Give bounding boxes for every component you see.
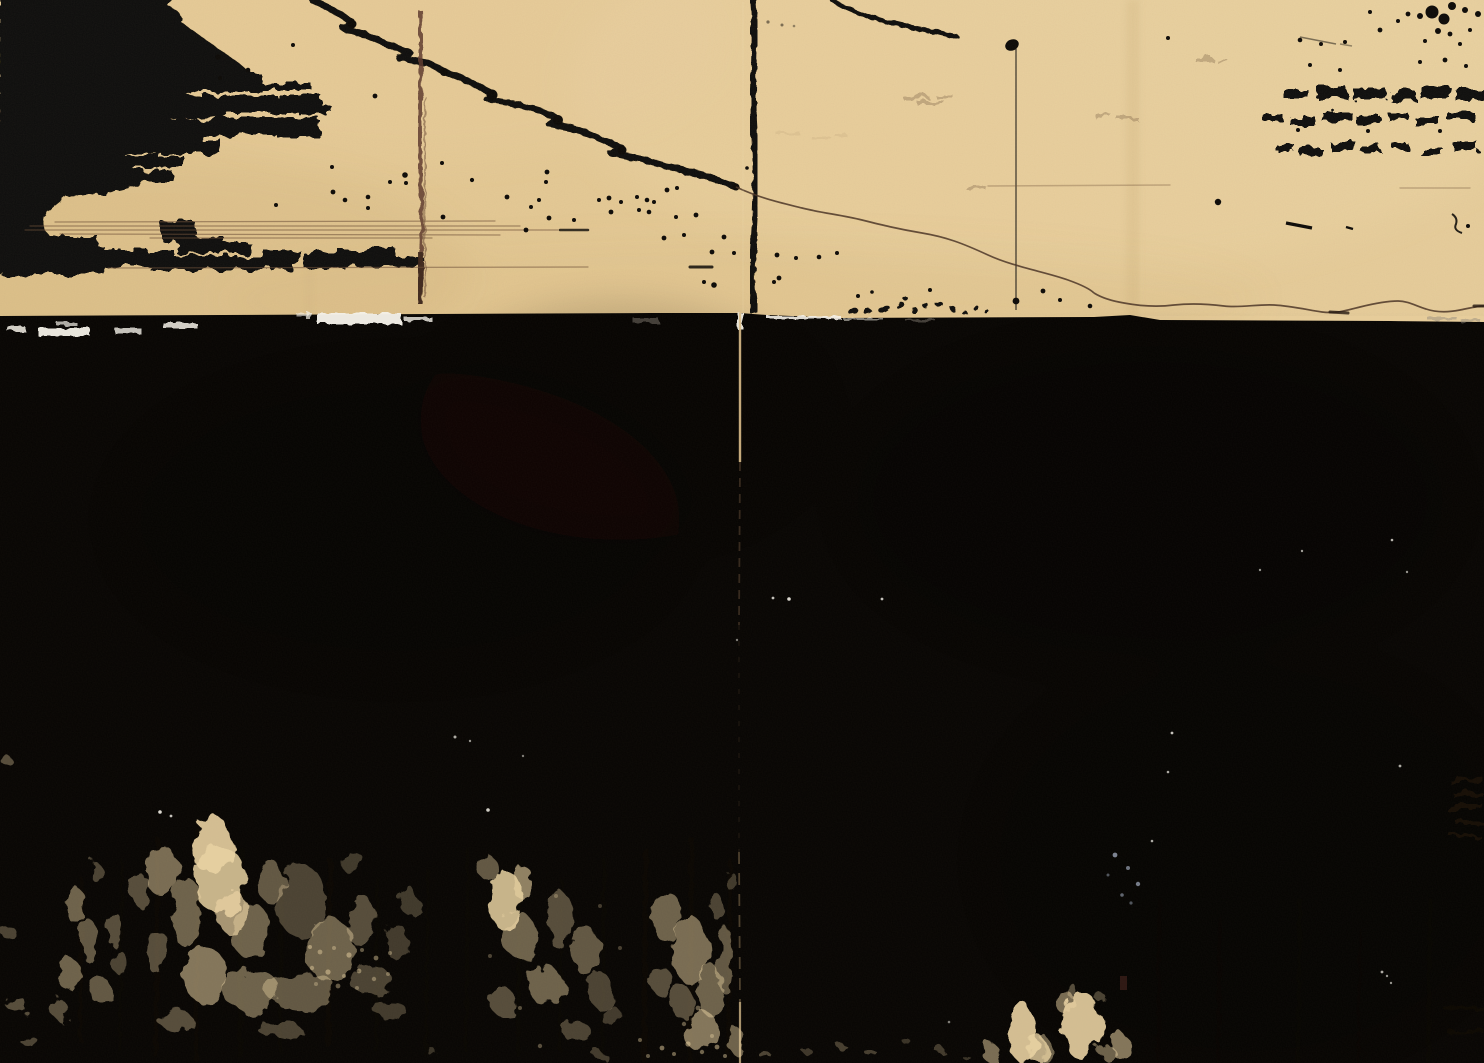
mark-layers <box>0 0 1484 1063</box>
field-grain <box>0 313 1484 1063</box>
maroon-streak <box>1120 976 1127 990</box>
scanned-artwork-spread <box>0 0 1484 1063</box>
artwork-canvas <box>0 0 1484 1063</box>
